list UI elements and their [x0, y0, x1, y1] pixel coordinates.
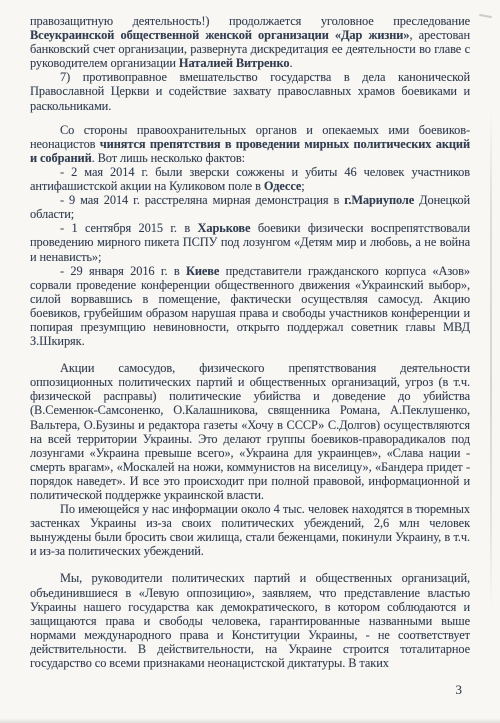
bold-text-run: Киеве — [186, 264, 219, 278]
page-number: 3 — [456, 682, 463, 698]
bold-text-run: г.Мариуполе — [344, 193, 414, 207]
bold-text-run: Всеукраинской общественной женской орган… — [30, 28, 409, 42]
scan-artifact-corner-dash — [479, 14, 492, 18]
text-run: правозащитную деятельность!) продолжаетс… — [30, 14, 470, 28]
text-run: Акции самосудов, физического препятствов… — [30, 361, 470, 502]
text-run: 7) противоправное вмешательство государс… — [30, 70, 470, 112]
bold-text-run: Одессе — [264, 179, 301, 193]
paragraph: 7) противоправное вмешательство государс… — [30, 70, 470, 112]
scan-artifact-bottom-edge — [0, 718, 500, 723]
scan-artifact-right-line — [490, 110, 492, 610]
paragraph: Со стороны правоохранительных органов и … — [30, 123, 470, 165]
document-body: правозащитную деятельность!) продолжаетс… — [30, 14, 470, 670]
paragraph: Акции самосудов, физического препятствов… — [30, 361, 470, 502]
paragraph: Мы, руководители политических партий и о… — [30, 571, 470, 670]
text-run: Мы, руководители политических партий и о… — [30, 571, 470, 670]
text-run: . Вот лишь несколько фактов: — [92, 151, 245, 165]
paragraph: - 2 мая 2014 г. были зверски сожжены и у… — [30, 165, 470, 193]
text-run: - 29 января 2016 г. в — [60, 264, 186, 278]
bold-text-run: Наталией Витренко — [179, 56, 290, 70]
text-run: . — [289, 56, 292, 70]
paragraph: - 29 января 2016 г. в Киеве представител… — [30, 264, 470, 349]
text-run: - 2 мая 2014 г. были зверски сожжены и у… — [30, 165, 470, 193]
text-run: - 1 сентября 2015 г. в — [60, 221, 198, 235]
text-run: - 9 мая 2014 г. расстреляна мирная демон… — [60, 193, 344, 207]
paragraph: правозащитную деятельность!) продолжаетс… — [30, 14, 470, 70]
document-page: правозащитную деятельность!) продолжаетс… — [0, 0, 500, 723]
paragraph: - 1 сентября 2015 г. в Харькове боевики … — [30, 221, 470, 263]
text-run: По имеющейся у нас информации около 4 ты… — [30, 502, 470, 558]
bold-text-run: Харькове — [198, 221, 251, 235]
paragraph: По имеющейся у нас информации около 4 ты… — [30, 502, 470, 558]
paragraph: - 9 мая 2014 г. расстреляна мирная демон… — [30, 193, 470, 221]
text-run: ; — [301, 179, 304, 193]
